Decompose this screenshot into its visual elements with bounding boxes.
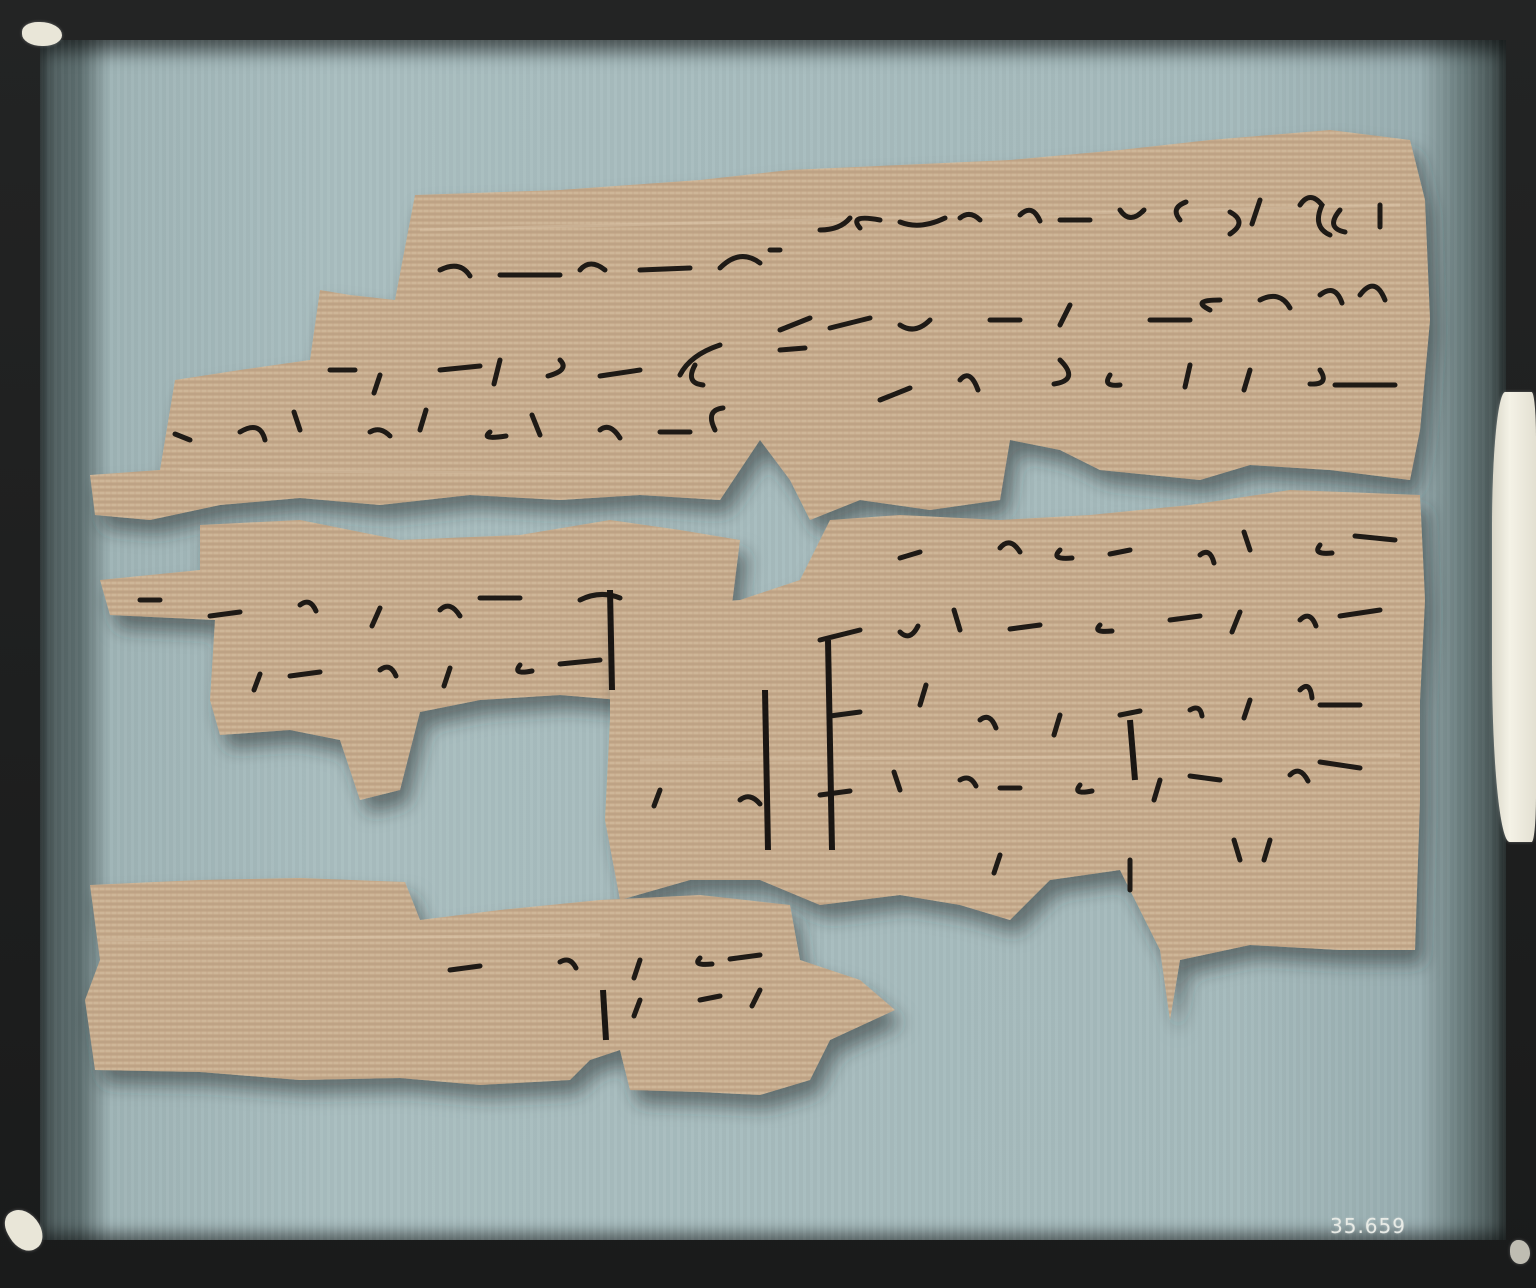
mounting-tape-top-left bbox=[22, 22, 62, 46]
fragment-upper bbox=[90, 130, 1430, 520]
papyrus-fragments bbox=[0, 0, 1536, 1288]
fragment-bottom bbox=[85, 878, 895, 1095]
accession-number-label: 35.659 bbox=[1330, 1214, 1406, 1238]
mounting-tape-bottom-right bbox=[1510, 1240, 1530, 1264]
mounting-tape-right-edge bbox=[1492, 392, 1536, 842]
